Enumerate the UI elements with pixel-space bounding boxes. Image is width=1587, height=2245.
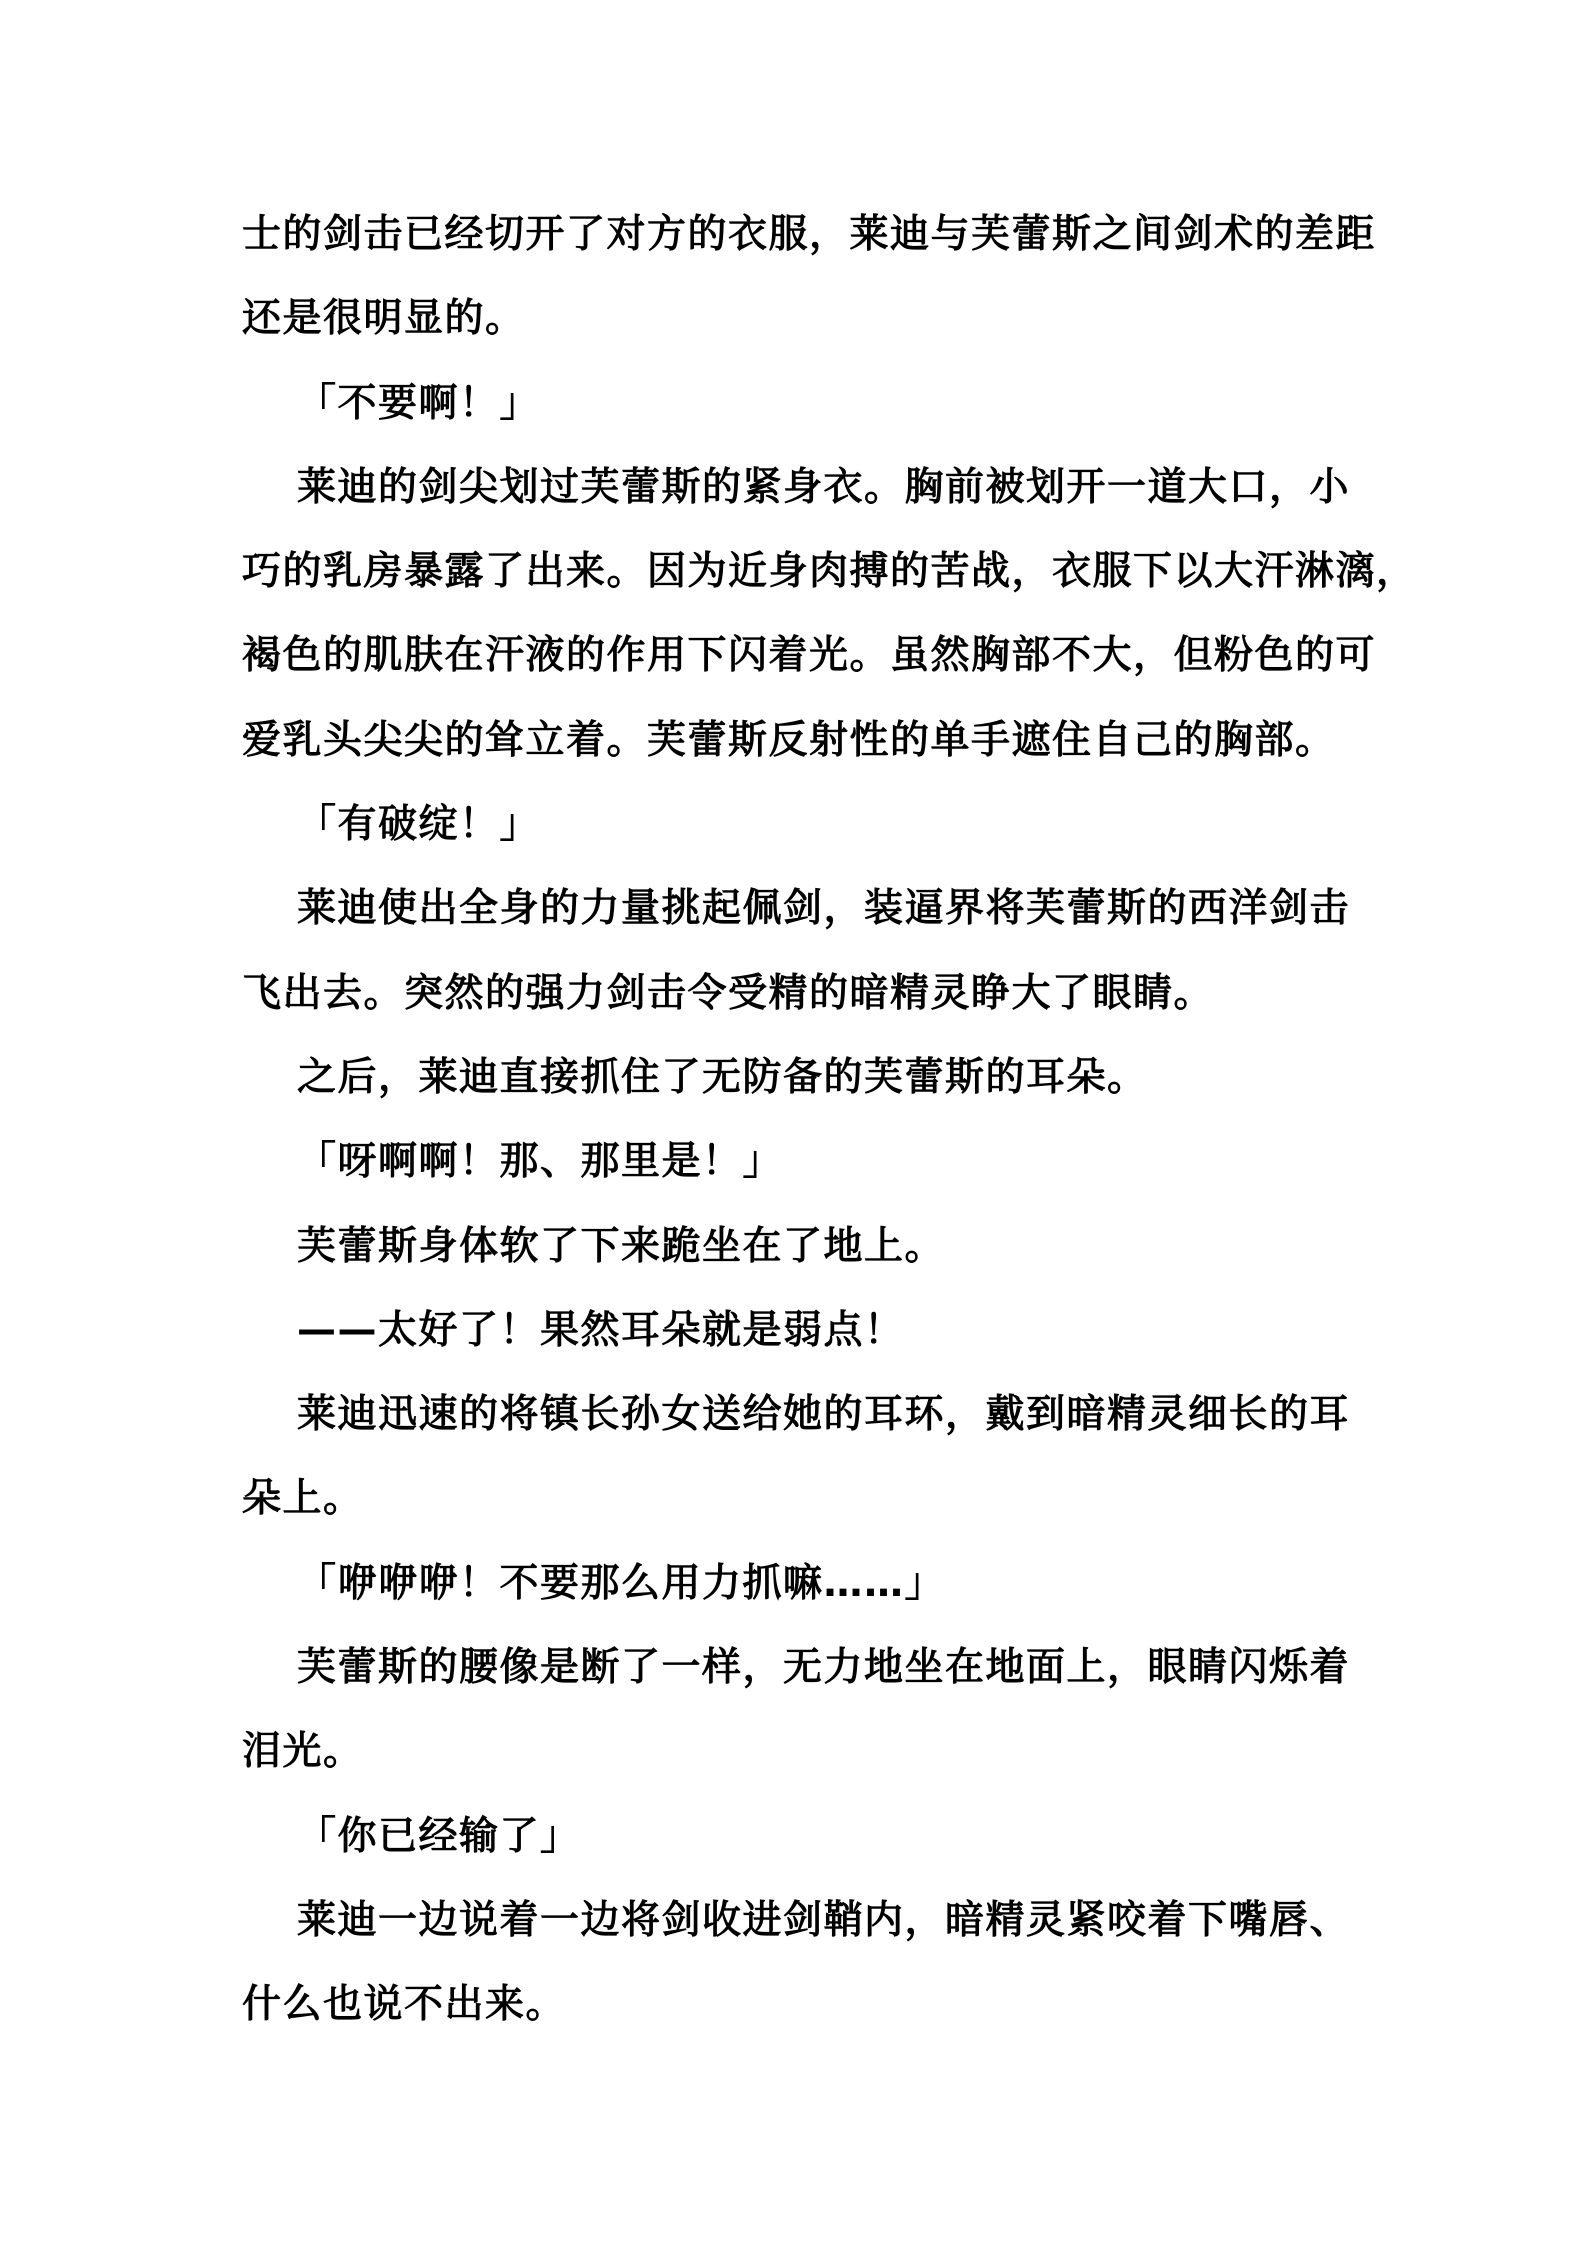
dialogue-line: 「你已经输了」 [242, 1809, 1352, 1893]
paragraph-start-line: 莱迪迅速的将镇长孙女送给她的耳环，戴到暗精灵细长的耳 [242, 1387, 1352, 1471]
paragraph-start-line: 莱迪使出全身的力量挑起佩剑，装逼界将芙蕾斯的西洋剑击 [242, 881, 1352, 965]
paragraph-start-line: ——太好了！果然耳朵就是弱点！ [242, 1303, 1352, 1387]
paragraph-start-line: 莱迪的剑尖划过芙蕾斯的紧身衣。胸前被划开一道大口，小 [242, 460, 1352, 544]
dialogue-line: 「咿咿咿！不要那么用力抓嘛……」 [242, 1556, 1352, 1640]
paragraph-start-line: 芙蕾斯身体软了下来跪坐在了地上。 [242, 1219, 1352, 1303]
text-line: 爱乳头尖尖的耸立着。芙蕾斯反射性的单手遮住自己的胸部。 [242, 713, 1352, 797]
text-line: 还是很明显的。 [242, 291, 1352, 375]
dialogue-line: 「有破绽！」 [242, 797, 1352, 881]
dialogue-line: 「不要啊！」 [242, 376, 1352, 460]
body-text: 士的剑击已经切开了对方的衣服，莱迪与芙蕾斯之间剑术的差距 还是很明显的。 「不要… [242, 207, 1352, 2062]
text-line: 褐色的肌肤在汗液的作用下闪着光。虽然胸部不大，但粉色的可 [242, 628, 1352, 712]
text-line: 什么也说不出来。 [242, 1977, 1352, 2061]
text-line: 飞出去。突然的强力剑击令受精的暗精灵睁大了眼睛。 [242, 966, 1352, 1050]
text-line: 朵上。 [242, 1471, 1352, 1555]
text-line: 泪光。 [242, 1724, 1352, 1808]
document-page: 士的剑击已经切开了对方的衣服，莱迪与芙蕾斯之间剑术的差距 还是很明显的。 「不要… [0, 0, 1587, 2245]
text-line: 巧的乳房暴露了出来。因为近身肉搏的苦战，衣服下以大汗淋漓， [242, 544, 1352, 628]
paragraph-start-line: 芙蕾斯的腰像是断了一样，无力地坐在地面上，眼睛闪烁着 [242, 1640, 1352, 1724]
dialogue-line: 「呀啊啊！那、那里是！」 [242, 1134, 1352, 1218]
paragraph-start-line: 之后，莱迪直接抓住了无防备的芙蕾斯的耳朵。 [242, 1050, 1352, 1134]
text-line: 士的剑击已经切开了对方的衣服，莱迪与芙蕾斯之间剑术的差距 [242, 207, 1352, 291]
paragraph-start-line: 莱迪一边说着一边将剑收进剑鞘内，暗精灵紧咬着下嘴唇、 [242, 1893, 1352, 1977]
